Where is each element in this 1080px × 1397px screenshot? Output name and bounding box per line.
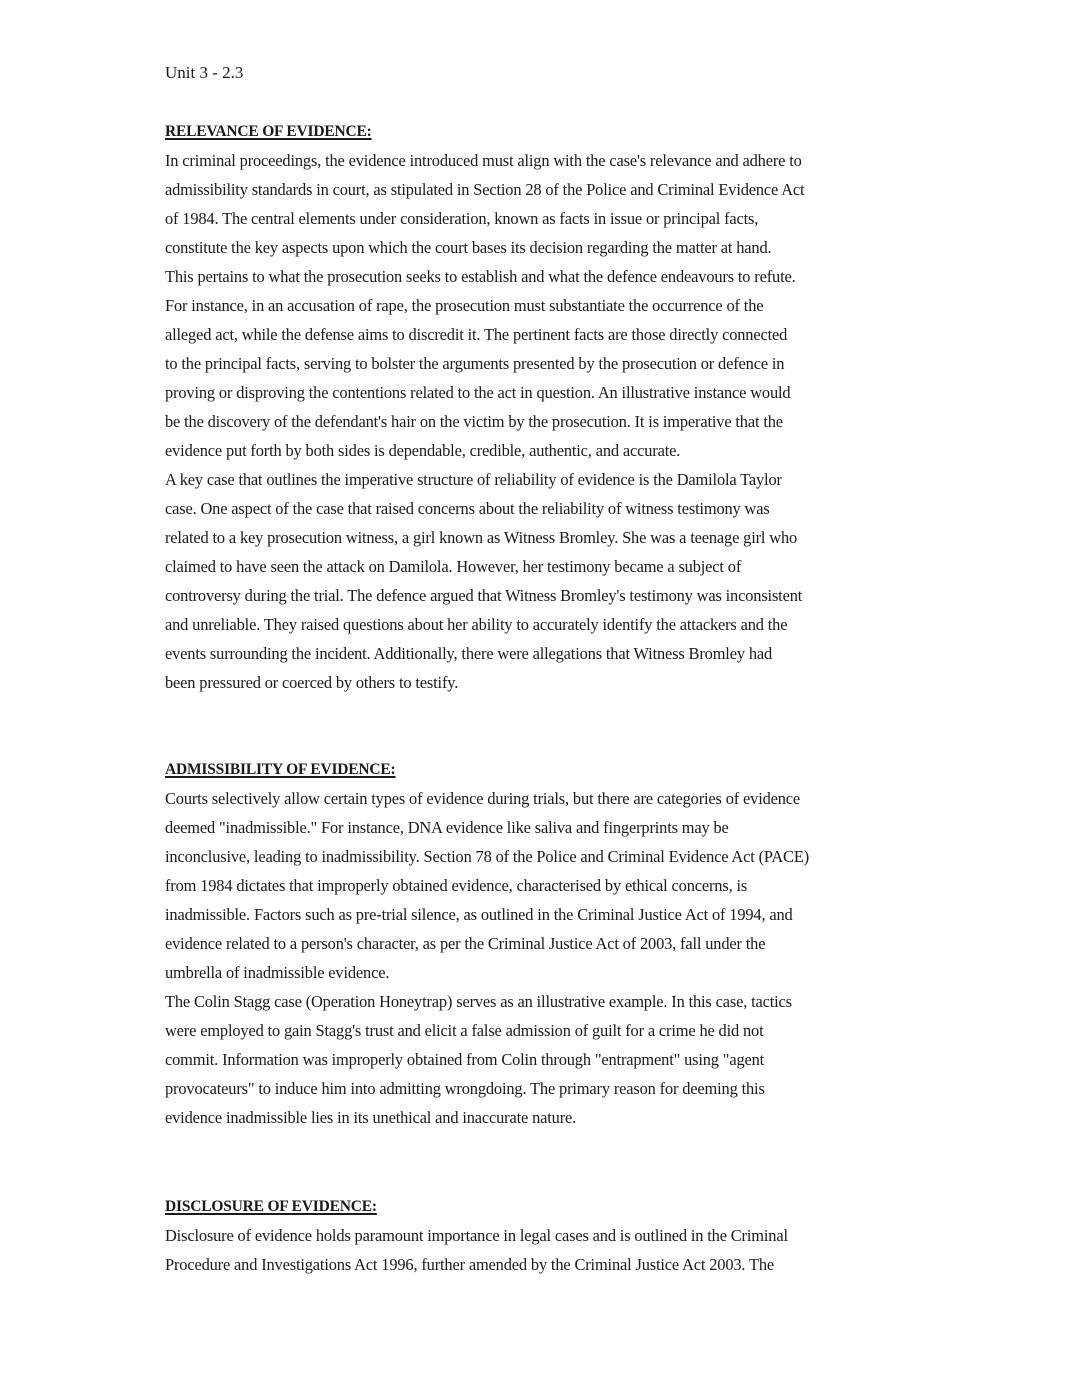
text-line: The Colin Stagg case (Operation Honeytra… <box>165 987 925 1016</box>
section-heading: DISCLOSURE OF EVIDENCE: <box>165 1192 925 1221</box>
section-heading: ADMISSIBILITY OF EVIDENCE: <box>165 755 925 784</box>
text-line: were employed to gain Stagg's trust and … <box>165 1016 925 1045</box>
text-line: provocateurs" to induce him into admitti… <box>165 1074 925 1103</box>
text-line: from 1984 dictates that improperly obtai… <box>165 871 925 900</box>
text-line: alleged act, while the defense aims to d… <box>165 320 925 349</box>
section-body: Courts selectively allow certain types o… <box>165 784 925 1132</box>
text-line: related to a key prosecution witness, a … <box>165 523 925 552</box>
text-line: A key case that outlines the imperative … <box>165 465 925 494</box>
text-line: evidence related to a person's character… <box>165 929 925 958</box>
text-line: Courts selectively allow certain types o… <box>165 784 925 813</box>
text-line: and unreliable. They raised questions ab… <box>165 610 925 639</box>
text-line: In criminal proceedings, the evidence in… <box>165 146 925 175</box>
text-line: deemed "inadmissible." For instance, DNA… <box>165 813 925 842</box>
text-line: inconclusive, leading to inadmissibility… <box>165 842 925 871</box>
section-admissibility-of-evidence: ADMISSIBILITY OF EVIDENCE: Courts select… <box>165 755 925 1132</box>
text-line: evidence inadmissible lies in its unethi… <box>165 1103 925 1132</box>
text-line: umbrella of inadmissible evidence. <box>165 958 925 987</box>
text-line: For instance, in an accusation of rape, … <box>165 291 925 320</box>
section-body: In criminal proceedings, the evidence in… <box>165 146 925 697</box>
section-relevance-of-evidence: RELEVANCE OF EVIDENCE: In criminal proce… <box>165 117 925 697</box>
text-line: proving or disproving the contentions re… <box>165 378 925 407</box>
text-line: of 1984. The central elements under cons… <box>165 204 925 233</box>
text-line: Procedure and Investigations Act 1996, f… <box>165 1250 925 1279</box>
text-line: claimed to have seen the attack on Damil… <box>165 552 925 581</box>
unit-label: Unit 3 - 2.3 <box>165 58 243 87</box>
text-line: admissibility standards in court, as sti… <box>165 175 925 204</box>
text-line: be the discovery of the defendant's hair… <box>165 407 925 436</box>
text-line: constitute the key aspects upon which th… <box>165 233 925 262</box>
text-line: been pressured or coerced by others to t… <box>165 668 925 697</box>
text-line: commit. Information was improperly obtai… <box>165 1045 925 1074</box>
text-line: evidence put forth by both sides is depe… <box>165 436 925 465</box>
text-line: This pertains to what the prosecution se… <box>165 262 925 291</box>
text-line: to the principal facts, serving to bolst… <box>165 349 925 378</box>
section-disclosure-of-evidence: DISCLOSURE OF EVIDENCE: Disclosure of ev… <box>165 1192 925 1279</box>
section-body: Disclosure of evidence holds paramount i… <box>165 1221 925 1279</box>
text-line: Disclosure of evidence holds paramount i… <box>165 1221 925 1250</box>
text-line: inadmissible. Factors such as pre-trial … <box>165 900 925 929</box>
text-line: controversy during the trial. The defenc… <box>165 581 925 610</box>
text-line: case. One aspect of the case that raised… <box>165 494 925 523</box>
section-heading: RELEVANCE OF EVIDENCE: <box>165 117 925 146</box>
text-line: events surrounding the incident. Additio… <box>165 639 925 668</box>
